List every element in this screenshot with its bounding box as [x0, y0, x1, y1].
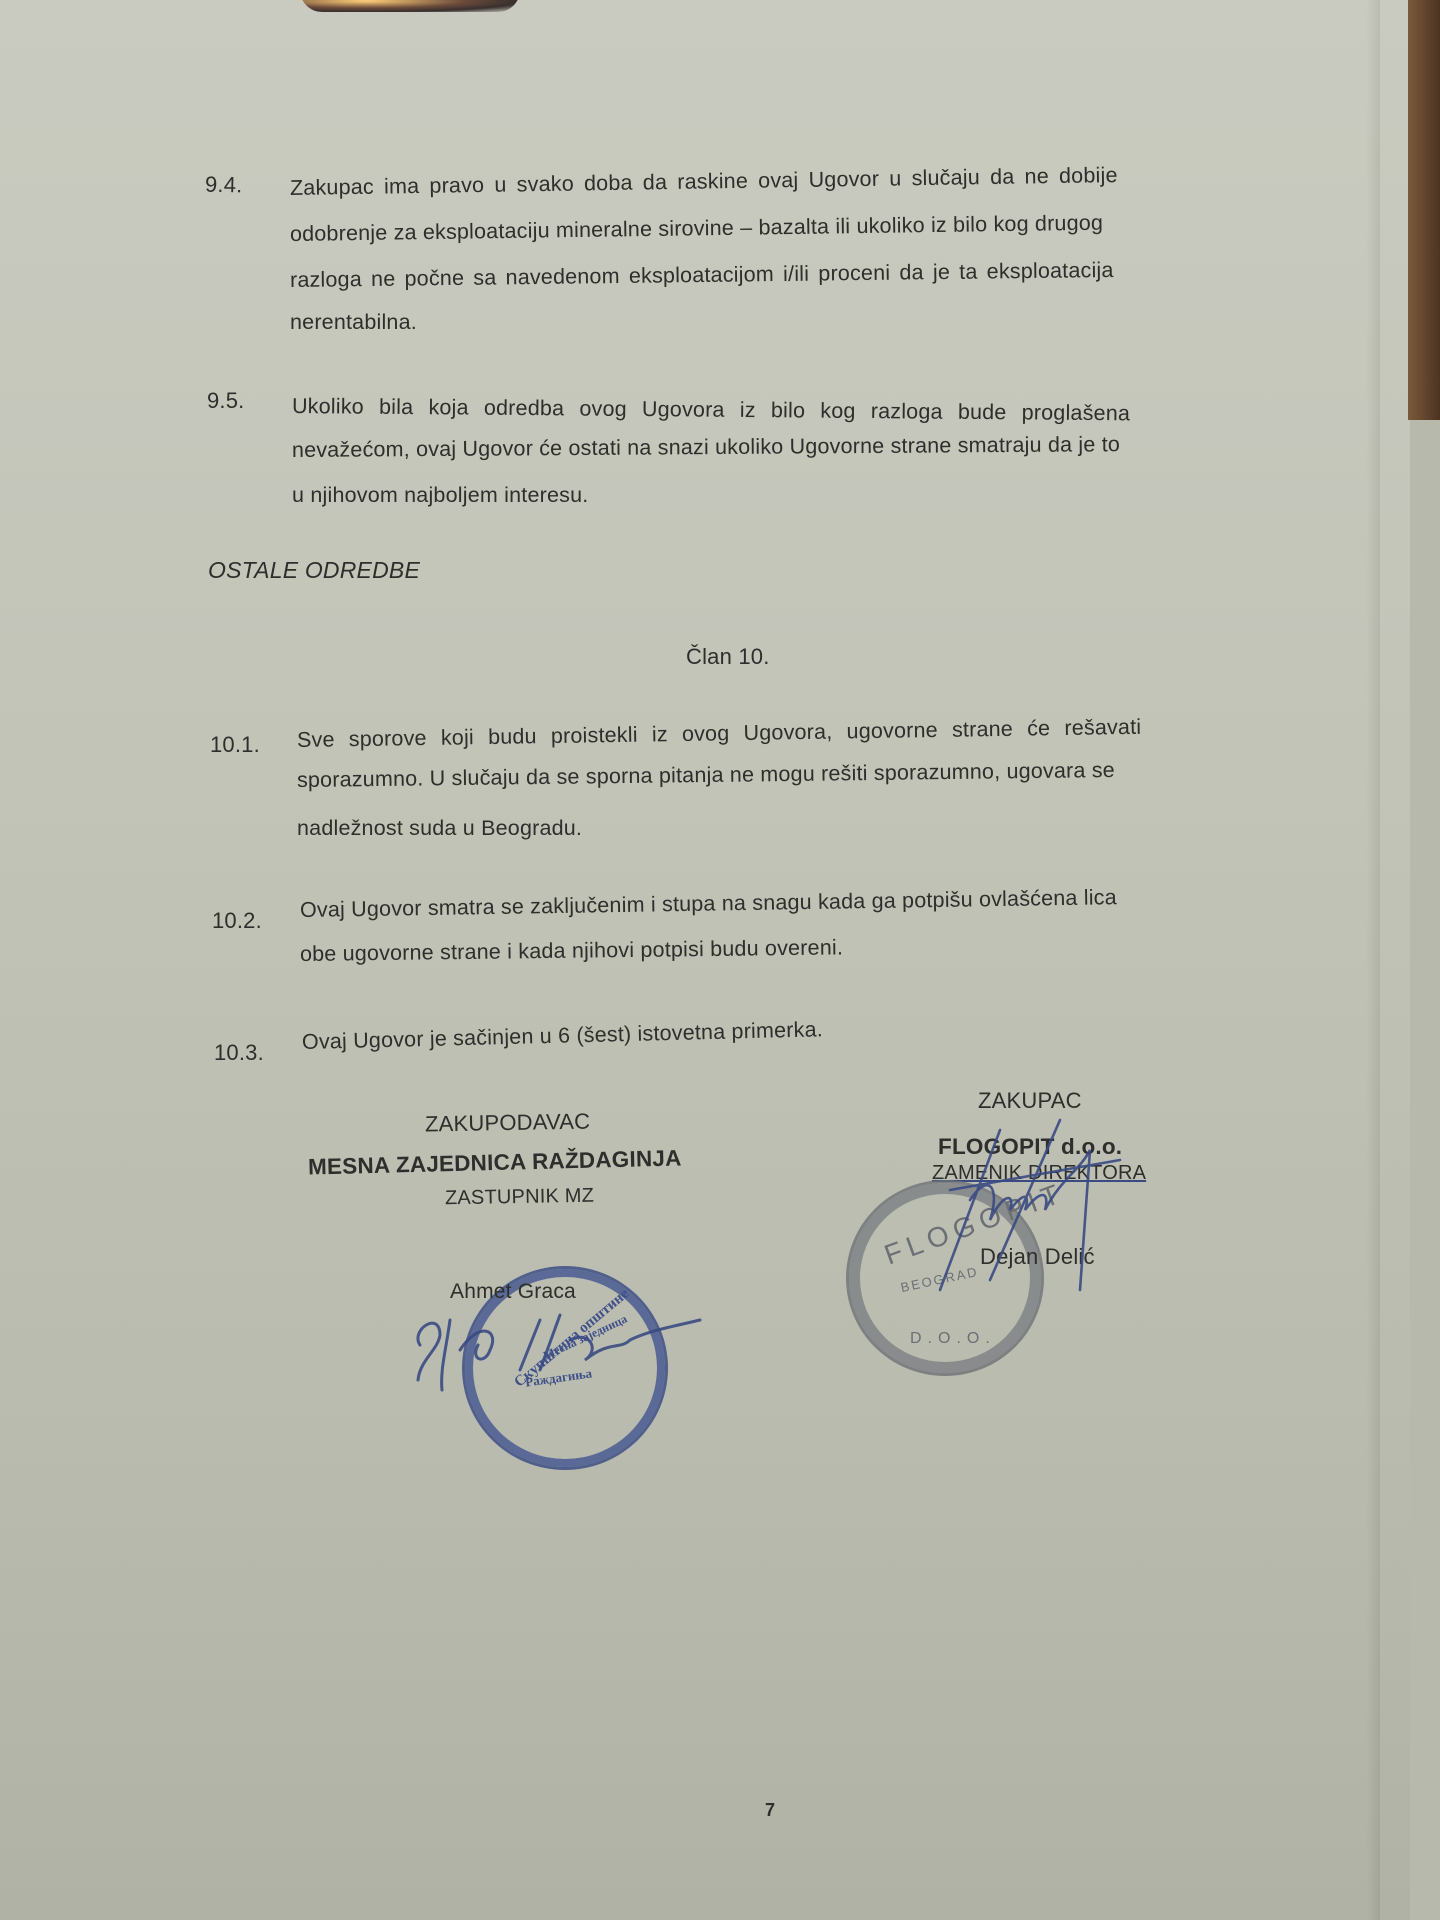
article-title: Član 10.: [686, 644, 770, 670]
desk-background: [1408, 0, 1440, 420]
lessee-signature: [930, 1110, 1160, 1310]
section-9-5-line: u njihovom najboljem interesu.: [292, 483, 588, 508]
lessee-stamp-text: D.O.O.: [910, 1330, 996, 1348]
lessor-role: ZAKUPODAVAC: [425, 1109, 591, 1138]
section-10-3-line: Ovaj Ugovor je sačinjen u 6 (šest) istov…: [302, 1017, 824, 1055]
section-10-2-line: obe ugovorne strane i kada njihovi potpi…: [300, 935, 843, 967]
lessor-entity: MESNA ZAJEDNICA RAŽDAGINJA: [308, 1145, 682, 1180]
section-heading: OSTALE ODREDBE: [208, 557, 420, 584]
document-page: 9.4. Zakupac ima pravo u svako doba da r…: [0, 0, 1410, 1920]
section-9-4-line: razloga ne počne sa navedenom eksploatac…: [290, 258, 1114, 293]
section-10-2-line: Ovaj Ugovor smatra se zaključenim i stup…: [300, 885, 1117, 923]
light-glare: [300, 0, 520, 12]
page-edge-shadow: [1366, 0, 1380, 1920]
page-number: 7: [765, 1800, 775, 1821]
section-number-9-5: 9.5.: [207, 388, 245, 414]
lessor-signature: [400, 1290, 710, 1400]
section-number-10-3: 10.3.: [214, 1040, 264, 1066]
section-10-1-line: Sve sporove koji budu proistekli iz ovog…: [297, 715, 1142, 753]
section-9-4-line: nerentabilna.: [290, 310, 417, 335]
section-9-5-line: nevažećom, ovaj Ugovor će ostati na snaz…: [292, 432, 1120, 463]
lessor-title: ZASTUPNIK MZ: [445, 1185, 594, 1211]
section-10-1-line: nadležnost suda u Beogradu.: [297, 816, 582, 841]
section-number-10-1: 10.1.: [210, 732, 260, 758]
section-number-9-4: 9.4.: [205, 172, 243, 199]
section-9-4-line: Zakupac ima pravo u svako doba da raskin…: [290, 163, 1118, 201]
section-9-5-line: Ukoliko bila koja odredba ovog Ugovora i…: [292, 394, 1130, 426]
section-9-4-line: odobrenje za eksploataciju mineralne sir…: [290, 211, 1103, 247]
section-10-1-line: sporazumno. U slučaju da se sporna pitan…: [297, 758, 1115, 793]
section-number-10-2: 10.2.: [212, 908, 262, 934]
